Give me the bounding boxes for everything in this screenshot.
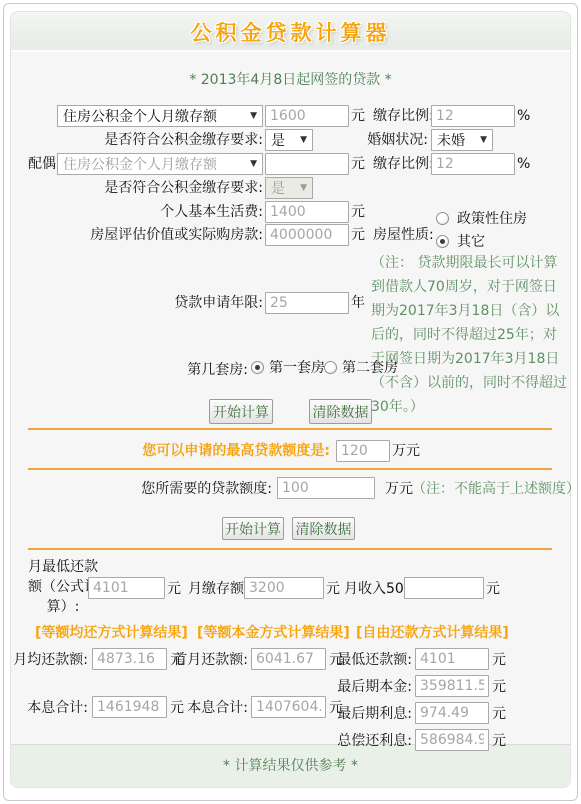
max-loan-label: 您可以申请的最高贷款额度是: [130,443,330,460]
unit-yuan: 元 [351,156,365,173]
chevron-down-icon: ▼ [300,135,307,145]
house-type-label: 房屋性质: [373,227,434,244]
first-house-radio[interactable] [251,361,264,374]
orange-divider [28,428,552,430]
min-repay-input[interactable] [88,577,165,599]
second-house-label: 第二套房 [342,360,398,377]
marital-status-select[interactable]: 未婚 ▼ [431,129,493,151]
spouse-label: 配偶 [28,156,56,173]
disclaimer-text: * 计算结果仅供参考 * [0,745,581,788]
spouse-qualify-label: 是否符合公积金缴存要求: [60,180,263,197]
last-principal-value [415,675,489,697]
loan-term-note: （注： 贷款期限最长可以计算到借款人70周岁，对于网签日期为2017年3月18日… [371,251,569,419]
unit-yuan: 元 [351,204,365,221]
chevron-down-icon: ▼ [480,135,487,145]
house-value-input[interactable] [265,224,349,246]
fund-type-selected-value: 住房公积金个人月缴存额 [63,106,217,126]
chevron-down-icon: ▼ [300,183,307,193]
deposit-ratio-input[interactable] [431,105,515,127]
qualify-selected-value: 是 [271,130,285,150]
unit-wanyuan: 万元 [392,443,420,460]
chevron-down-icon: ▼ [250,111,257,121]
spouse-qualify-selected-value: 是 [271,178,285,198]
min-repay-result-value [415,648,489,670]
living-cost-input[interactable] [265,201,349,223]
marital-status-label: 婚姻状况: [344,132,428,149]
house-value-label: 房屋评估价值或实际购房款: [33,227,263,244]
total-pi-value-1 [92,696,167,718]
chevron-down-icon: ▼ [250,159,257,169]
page-title: 公积金贷款计算器 [0,17,581,47]
first-month-label: 首月还款额: [168,652,248,669]
spouse-deposit-ratio-label: 缴存比例: [373,156,434,173]
need-loan-label: 您所需要的贷款额度: [88,481,272,498]
total-pi-label-2: 本息合计: [168,700,248,717]
clear-button-2[interactable]: 清除数据 [292,517,355,540]
income50-input[interactable] [404,577,484,599]
total-pi-value-2 [251,696,326,718]
loan-years-label: 贷款申请年限: [60,295,263,312]
first-month-value [251,648,326,670]
second-house-radio[interactable] [324,361,337,374]
unit-yuan: 元 [167,581,181,598]
unit-yuan: 元 [351,108,365,125]
unit-yuan: 元 [492,706,506,723]
clear-button[interactable]: 清除数据 [309,399,372,424]
house-type-other-label: 其它 [457,234,485,251]
unit-yuan: 元 [486,581,500,598]
unit-percent: % [517,156,530,173]
qualify-label: 是否符合公积金缴存要求: [60,132,263,149]
equal-principal-header: [等额本金方式计算结果] [197,625,350,642]
loan-date-subtitle: * 2013年4月8日起网签的贷款 * [0,69,581,89]
which-house-label: 第几套房: [60,362,248,379]
qualify-select[interactable]: 是 ▼ [265,129,313,151]
spouse-deposit-ratio-input [431,153,515,175]
unit-wanyuan: 万元 [385,481,413,498]
unit-yuan: 元 [492,652,506,669]
max-loan-input [336,440,390,462]
house-type-policy-label: 政策性住房 [457,211,527,228]
spouse-qualify-select: 是 ▼ [265,177,313,199]
deposit-ratio-label: 缴存比例: [373,108,434,125]
living-cost-label: 个人基本生活费: [60,204,263,221]
need-loan-input[interactable] [277,477,375,499]
house-type-policy-radio[interactable] [436,212,449,225]
min-repay-result-label: 最低还款额: [332,652,412,669]
marital-selected-value: 未婚 [437,130,465,150]
unit-yuan: 元 [351,227,365,244]
calculate-button-2[interactable]: 开始计算 [222,517,284,540]
unit-year: 年 [351,295,365,312]
avg-repay-label: 月均还款额: [10,652,88,669]
spouse-fund-type-select: 住房公积金个人月缴存额 ▼ [57,153,263,175]
monthly-deposit-sum-input[interactable] [244,577,324,599]
calculate-button[interactable]: 开始计算 [209,399,273,424]
unit-yuan: 元 [492,679,506,696]
monthly-deposit-sum-label: 月缴存额: [188,581,249,598]
unit-yuan: 元 [326,581,340,598]
unit-percent: % [517,108,530,125]
equal-payment-header: [等额均还方式计算结果] [35,625,188,642]
avg-repay-value [92,648,167,670]
loan-years-input[interactable] [265,292,349,314]
last-interest-label: 最后期利息: [332,706,412,723]
house-type-other-radio[interactable] [436,235,449,248]
total-pi-label-1: 本息合计: [10,700,88,717]
orange-divider [28,548,552,550]
spouse-fund-type-selected-value: 住房公积金个人月缴存额 [63,154,217,174]
spouse-monthly-deposit-input [265,153,349,175]
free-repay-header: [自由还款方式计算结果] [356,625,509,642]
orange-divider [28,468,552,470]
last-interest-value [415,702,489,724]
need-loan-note: （注：不能高于上述额度） [412,481,580,498]
calculator-page: 公积金贷款计算器 * 2013年4月8日起网签的贷款 * 住房公积金个人月缴存额… [0,0,581,804]
first-house-label: 第一套房 [269,360,325,377]
fund-type-select[interactable]: 住房公积金个人月缴存额 ▼ [57,105,263,127]
last-principal-label: 最后期本金: [332,679,412,696]
monthly-deposit-input[interactable] [265,105,349,127]
